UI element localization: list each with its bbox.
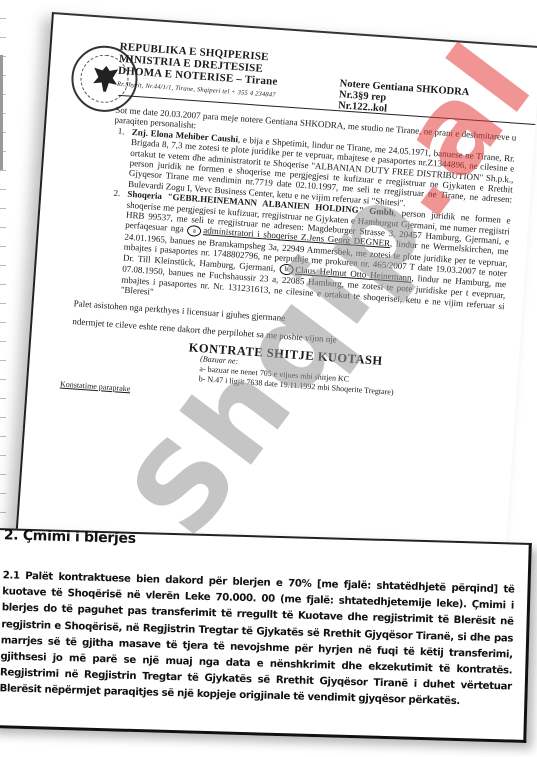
clause-number: 2.1 — [3, 570, 20, 581]
adjacent-page-bar — [0, 55, 3, 170]
price-clause-excerpt: 2. Çmimi i blerjes 2.1 Palët kontraktues… — [0, 528, 532, 743]
eagle-emblem-icon — [93, 65, 119, 93]
excerpt-heading: 2. Çmimi i blerjes — [4, 527, 136, 547]
adjacent-page-edge — [0, 0, 6, 520]
page-content: REPUBLIKA E SHQIPERISE MINISTRIA E DREJT… — [92, 39, 521, 69]
clause-text: Palët kontraktuese bien dakord për blerj… — [0, 571, 515, 708]
excerpt-clause: 2.1 Palët kontraktuese bien dakord për b… — [0, 568, 515, 712]
party-1-number: 1. — [118, 126, 125, 137]
scanned-contract-page: REPUBLIKA E SHQIPERISE MINISTRIA E DREJT… — [14, 12, 537, 592]
contract-body: Sot me date 20.03.2007 para meje notere … — [68, 103, 517, 420]
party-2-number: 2. — [113, 188, 120, 199]
